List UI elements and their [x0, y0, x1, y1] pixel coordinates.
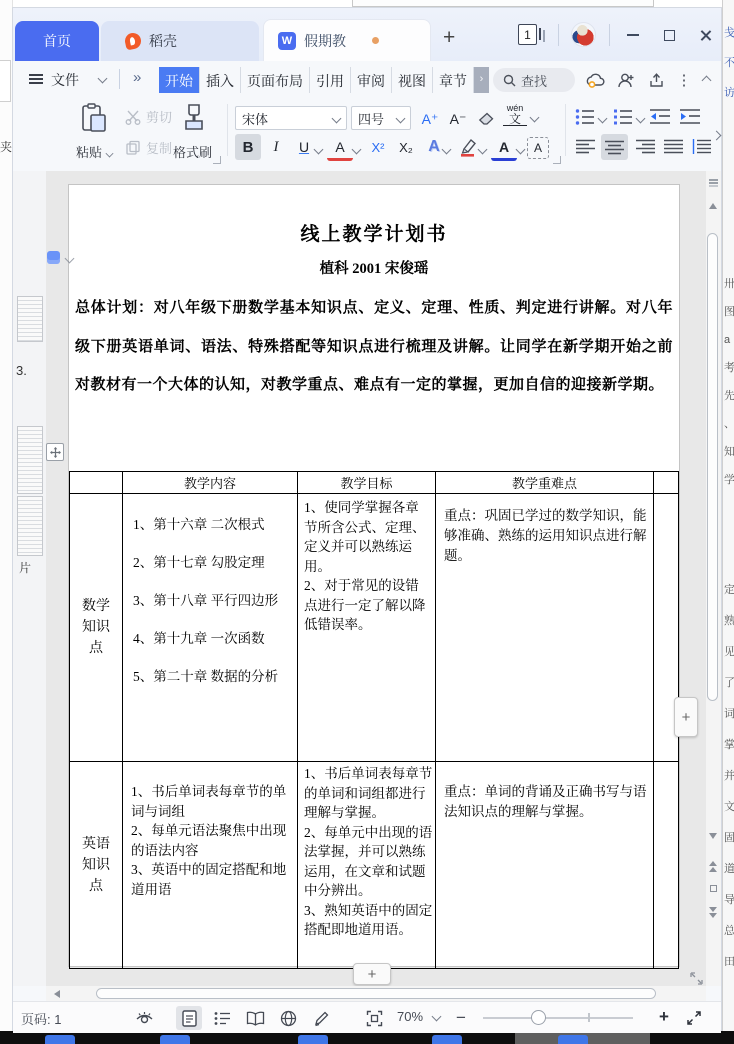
- outline-view-button[interactable]: [209, 1006, 235, 1030]
- close-button[interactable]: [693, 25, 717, 45]
- tab-docer[interactable]: 稻壳: [101, 21, 259, 61]
- justify-button[interactable]: [661, 136, 686, 157]
- document-overview-paragraph: 总体计划：对八年级下册数学基本知识点、定义、定理、性质、判定进行讲解。对八年级下…: [75, 289, 673, 405]
- cut-button[interactable]: 剪切: [125, 107, 172, 126]
- chevron-down-icon[interactable]: [598, 114, 608, 124]
- menubar: 文件 » 开始 插入 页面布局 引用 审阅 视图 章节 › 查找: [13, 61, 721, 98]
- row-label-english[interactable]: 英语知识点: [70, 762, 123, 969]
- align-left-icon: [576, 139, 595, 154]
- row-label-math[interactable]: 数学知识点: [70, 494, 123, 762]
- close-icon: [699, 29, 712, 42]
- left-edge-panel: 3. 片: [13, 171, 47, 986]
- fullscreen-icon: [686, 1010, 702, 1026]
- tab-ribbon-page-layout[interactable]: 页面布局: [240, 67, 309, 93]
- distribute-button[interactable]: [689, 136, 714, 157]
- quick-access-expand[interactable]: »: [133, 69, 141, 86]
- chevron-down-icon[interactable]: [432, 1012, 442, 1022]
- teaching-plan-table: 教学内容 教学目标 教学重难点 数学知识点 1、第十六章 二次根式 2、第十七章…: [69, 471, 679, 969]
- background-window-right-sliver: 戋 不 访 卅 图 a 考 先 、 知 学 定 熟 见 了 词 掌 并 文 固 …: [722, 0, 734, 1031]
- chevron-down-icon[interactable]: [636, 114, 646, 124]
- background-thumbnail: [17, 496, 43, 556]
- background-text: 3.: [16, 363, 27, 378]
- font-size-select[interactable]: 四号: [351, 106, 411, 130]
- bullet-list-icon: [575, 108, 595, 126]
- invite-collaborator-button[interactable]: [615, 69, 637, 91]
- paste-button[interactable]: [79, 103, 109, 135]
- scissors-icon: [125, 109, 141, 125]
- statusbar: 页码: 1 70% −: [13, 1001, 721, 1033]
- background-thumbnail: [17, 296, 43, 342]
- taskbar-app-icon[interactable]: [45, 1035, 75, 1044]
- toolbar-expand-button[interactable]: [713, 126, 720, 144]
- share-icon: [648, 72, 665, 89]
- tab-home-label: 首页: [43, 31, 71, 51]
- titlebar: 首页 稻壳 W 假期教 + 1: [13, 8, 721, 61]
- tab-document-label: 假期教: [304, 31, 346, 51]
- select-browse-object-button[interactable]: [710, 885, 717, 892]
- table-row-english: 英语知识点 1、书后单词表每章节的单词与词组 2、每单元语法聚焦中出现的语法内容…: [70, 762, 679, 969]
- distribute-icon: [692, 139, 711, 154]
- web-layout-button[interactable]: [275, 1006, 301, 1030]
- previous-page-button[interactable]: [709, 861, 717, 872]
- font-size-value: 四号: [358, 109, 384, 128]
- chevron-down-icon: [105, 150, 113, 158]
- numbered-list-button[interactable]: [613, 108, 633, 126]
- background-right-text-bottom: 定 熟 见 了 词 掌 并 文 固 道 导 总 田: [724, 575, 734, 978]
- add-table-row-button[interactable]: +: [353, 963, 391, 985]
- chevron-down-icon[interactable]: [530, 113, 540, 123]
- character-border-button[interactable]: A: [527, 137, 549, 159]
- document-title: 线上教学计划书: [69, 219, 679, 246]
- table-move-handle[interactable]: [46, 443, 64, 461]
- add-table-column-button[interactable]: +: [674, 697, 698, 737]
- search-icon: [503, 74, 516, 87]
- collapse-ribbon-button[interactable]: [695, 69, 717, 91]
- align-left-button[interactable]: [573, 136, 598, 157]
- horizontal-scroll-thumb[interactable]: [96, 988, 656, 999]
- chevron-down-icon: [332, 113, 342, 123]
- grow-font-button[interactable]: A⁺: [417, 106, 443, 132]
- find-label: 查找: [521, 71, 547, 90]
- ink-annotate-button[interactable]: [308, 1006, 334, 1030]
- background-text: 片: [19, 559, 31, 576]
- wps-window: 首页 稻壳 W 假期教 + 1 文件: [12, 7, 722, 1031]
- page-resize-handle[interactable]: [689, 971, 704, 986]
- zoom-out-button[interactable]: −: [456, 1008, 466, 1028]
- user-avatar[interactable]: [571, 22, 596, 47]
- justify-icon: [664, 139, 683, 154]
- header-cell-keypoints[interactable]: 教学重难点: [436, 472, 654, 494]
- tab-ribbon-section[interactable]: 章节: [432, 67, 473, 93]
- font-name-select[interactable]: 宋体: [235, 106, 347, 130]
- page-number-label: 页码: 1: [21, 1009, 61, 1028]
- ruler-toggle-icon[interactable]: [709, 179, 718, 181]
- document-canvas[interactable]: 线上教学计划书 植科 2001 宋俊瑶 总体计划：对八年级下册数学基本知识点、定…: [46, 171, 706, 986]
- cloud-sync-button[interactable]: [585, 69, 607, 91]
- english-content-cell[interactable]: 1、书后单词表每章节的单词与词组 2、每单元语法聚焦中出现的语法内容 3、英语中…: [123, 762, 298, 969]
- chevron-up-icon: [701, 75, 711, 85]
- ribbon-tabs-overflow[interactable]: ›: [473, 67, 489, 93]
- tab-home[interactable]: 首页: [15, 21, 99, 61]
- zoom-100-tick: [588, 1013, 590, 1022]
- align-center-icon: [605, 140, 624, 155]
- resize-arrows-icon: [689, 971, 704, 986]
- format-painter-icon: [181, 103, 207, 135]
- scroll-down-arrow[interactable]: [709, 833, 717, 839]
- toolbar-separator: [565, 104, 566, 156]
- phonetic-guide-button[interactable]: wén 文: [503, 104, 527, 126]
- zoom-slider-track[interactable]: [483, 1017, 633, 1019]
- eye-icon: [135, 1010, 154, 1026]
- numbered-list-icon: [613, 108, 633, 126]
- minimize-icon: [627, 34, 639, 36]
- cloud-icon: [586, 72, 606, 88]
- text-highlight-button[interactable]: [455, 134, 481, 160]
- page-view-icon: [182, 1010, 197, 1027]
- paste-icon: [79, 103, 109, 135]
- format-painter-label[interactable]: 格式刷: [173, 142, 212, 161]
- indent-icon: [679, 108, 701, 126]
- math-objectives-cell[interactable]: 1、使同学掌握各章节所含公式、定理、定义并可以熟练运用。 2、对于常见的设错点进…: [298, 494, 436, 762]
- titlebar-separator: [558, 24, 559, 46]
- fit-page-icon: [366, 1010, 383, 1027]
- globe-icon: [280, 1010, 297, 1027]
- math-keypoints-cell[interactable]: 重点：巩固已学过的数学知识，能够准确、熟练的运用知识点进行解题。: [436, 494, 654, 762]
- outdent-icon: [649, 108, 671, 126]
- copy-label: 复制: [146, 138, 172, 157]
- header-cell-content[interactable]: 教学内容: [123, 472, 298, 494]
- fullscreen-button[interactable]: [681, 1006, 707, 1030]
- window-count-badge[interactable]: 1: [518, 24, 537, 45]
- person-add-icon: [617, 72, 635, 89]
- chevron-down-icon[interactable]: [352, 145, 362, 155]
- math-content-cell[interactable]: 1、第十六章 二次根式 2、第十七章 勾股定理 3、第十八章 平行四边形 4、第…: [123, 494, 298, 762]
- document-page[interactable]: 线上教学计划书 植科 2001 宋俊瑶 总体计划：对八年级下册数学基本知识点、定…: [68, 184, 680, 967]
- new-tab-button[interactable]: +: [443, 26, 455, 50]
- align-right-icon: [636, 139, 655, 154]
- background-left-text: 夹: [0, 138, 12, 155]
- file-menu[interactable]: 文件: [51, 70, 79, 90]
- document-byline: 植科 2001 宋俊瑶: [69, 257, 679, 278]
- tab-ribbon-references[interactable]: 引用: [309, 67, 350, 93]
- bullet-list-button[interactable]: [575, 108, 595, 126]
- zoom-value[interactable]: 70%: [397, 1009, 423, 1024]
- toolbar-separator: [227, 104, 228, 156]
- taskbar-app-icon[interactable]: [298, 1035, 328, 1044]
- subscript-button[interactable]: X₂: [393, 134, 419, 160]
- taskbar-app-icon[interactable]: [160, 1035, 190, 1044]
- eraser-icon: [478, 112, 495, 127]
- menubar-separator: [119, 69, 120, 89]
- table-row-math: 数学知识点 1、第十六章 二次根式 2、第十七章 勾股定理 3、第十八章 平行四…: [70, 494, 679, 762]
- titlebar-separator: [609, 24, 610, 46]
- background-left-box: [0, 60, 11, 102]
- menu-icon: [29, 74, 43, 76]
- background-thumbnail: [17, 426, 43, 494]
- italic-button[interactable]: I: [263, 134, 289, 160]
- increase-indent-button[interactable]: [679, 108, 701, 126]
- font-dialog-launcher[interactable]: [553, 156, 561, 164]
- paste-label[interactable]: 粘贴: [76, 142, 113, 161]
- chevron-right-icon: [712, 131, 722, 141]
- taskbar-app-icon[interactable]: [432, 1035, 462, 1044]
- shrink-font-button[interactable]: A⁻: [445, 106, 471, 132]
- bold-button[interactable]: B: [235, 134, 261, 160]
- next-page-button[interactable]: [709, 907, 717, 918]
- ribbon-tabs: 开始 插入 页面布局 引用 审阅 视图 章节 ›: [159, 67, 489, 93]
- english-keypoints-cell[interactable]: 重点：单词的背诵及正确书写与语法知识点的理解与掌握。: [436, 762, 654, 969]
- font-name-value: 宋体: [242, 109, 268, 128]
- tab-ribbon-view[interactable]: 视图: [391, 67, 432, 93]
- underline-button[interactable]: U: [291, 134, 317, 160]
- tab-ribbon-insert[interactable]: 插入: [199, 67, 240, 93]
- zoom-in-button[interactable]: +: [659, 1007, 669, 1027]
- align-center-button[interactable]: [601, 134, 628, 160]
- outline-view-icon: [214, 1011, 231, 1026]
- move-arrows-icon: [50, 447, 61, 458]
- tab-ribbon-home[interactable]: 开始: [159, 67, 199, 93]
- align-right-button[interactable]: [633, 136, 658, 157]
- maximize-icon: [664, 30, 675, 41]
- header-cell-objectives[interactable]: 教学目标: [298, 472, 436, 494]
- eye-protection-button[interactable]: [131, 1006, 157, 1030]
- read-mode-button[interactable]: [242, 1006, 268, 1030]
- font-color-button[interactable]: A: [491, 136, 517, 161]
- chevron-down-icon[interactable]: [98, 74, 108, 84]
- header-cell-empty[interactable]: [654, 472, 679, 494]
- clipboard-dialog-launcher[interactable]: [213, 156, 221, 164]
- chevron-down-icon: [396, 113, 406, 123]
- vertical-scrollbar[interactable]: [706, 171, 721, 986]
- fit-page-button[interactable]: [361, 1006, 387, 1030]
- maximize-button[interactable]: [657, 25, 681, 45]
- share-button[interactable]: [645, 69, 667, 91]
- background-window-top-edge: [352, 0, 654, 7]
- clear-format-button[interactable]: [473, 106, 499, 132]
- tab-docer-label: 稻壳: [149, 31, 177, 51]
- horizontal-scrollbar[interactable]: [46, 986, 706, 1001]
- page-view-button[interactable]: [176, 1006, 202, 1030]
- superscript-button[interactable]: X²: [365, 134, 391, 160]
- minimize-button[interactable]: [621, 25, 645, 45]
- zoom-slider-handle[interactable]: [531, 1010, 546, 1025]
- wps-writer-icon: W: [278, 32, 296, 50]
- empty-cell[interactable]: [654, 762, 679, 969]
- highlight-color-button[interactable]: A: [327, 136, 353, 161]
- background-right-text-middle: 卅 图 a 考 先 、 知 学: [724, 270, 734, 494]
- window-stack-icon: [539, 28, 541, 40]
- scroll-up-arrow[interactable]: [709, 203, 717, 209]
- unsaved-dot-icon: [372, 37, 379, 44]
- book-icon: [246, 1011, 265, 1026]
- find-button[interactable]: 查找: [493, 68, 575, 92]
- copy-button[interactable]: 复制: [125, 138, 172, 157]
- pen-icon: [313, 1010, 330, 1027]
- format-painter-button[interactable]: [181, 103, 207, 135]
- docer-flame-icon: [124, 32, 143, 51]
- taskbar-app-icon[interactable]: [558, 1035, 588, 1044]
- header-cell-empty[interactable]: [70, 472, 123, 494]
- scroll-left-arrow[interactable]: [54, 990, 60, 998]
- english-objectives-cell[interactable]: 1、书后单词表每章节的单词和词组都进行理解与掌握。 2、每单元中出现的语法掌握，…: [298, 762, 436, 969]
- more-options-button[interactable]: ⋮: [673, 69, 695, 91]
- copy-icon: [125, 140, 141, 156]
- vertical-scroll-thumb[interactable]: [707, 233, 718, 701]
- phonetic-char: 文: [503, 113, 527, 126]
- cut-label: 剪切: [146, 107, 172, 126]
- ribbon-toolbar: 粘贴 剪切 复制 格式刷 宋体 四号 A⁺ A⁻: [13, 98, 721, 172]
- chevron-down-icon[interactable]: [516, 145, 526, 155]
- table-header-row: 教学内容 教学目标 教学重难点: [70, 472, 679, 494]
- floating-tool-icon[interactable]: [47, 251, 60, 264]
- decrease-indent-button[interactable]: [649, 108, 671, 126]
- highlighter-icon: [458, 137, 478, 157]
- background-right-text-top: 戋 不 访: [724, 18, 734, 108]
- screen: 夹 戋 不 访 卅 图 a 考 先 、 知 学 定 熟 见 了 词 掌 并 文 …: [0, 0, 734, 1044]
- tab-document[interactable]: W 假期教: [263, 19, 431, 61]
- tab-ribbon-review[interactable]: 审阅: [350, 67, 391, 93]
